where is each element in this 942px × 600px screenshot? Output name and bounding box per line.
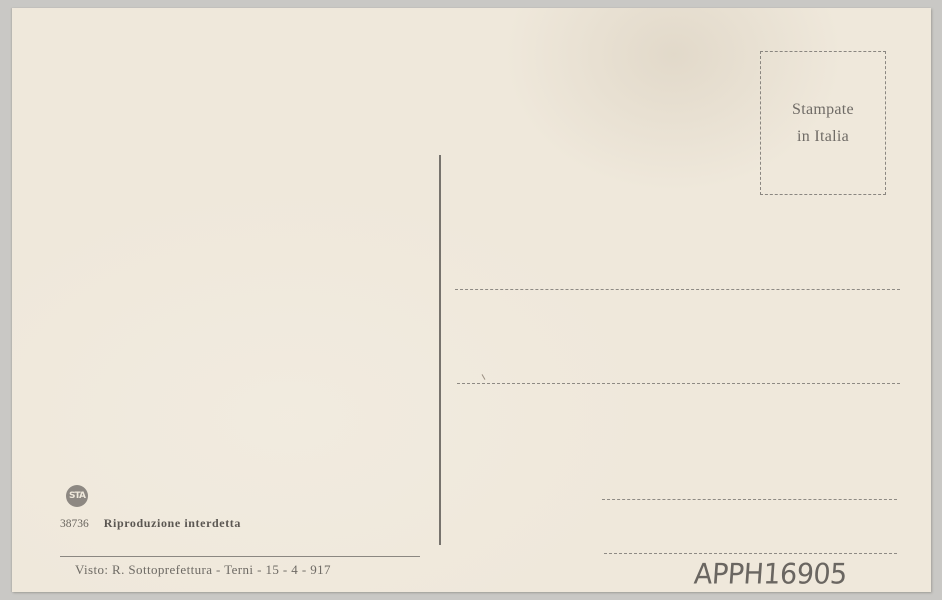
message-address-divider	[439, 155, 441, 545]
address-line-2	[457, 383, 900, 384]
publisher-monogram-icon: STA	[66, 485, 88, 507]
footer-rule	[60, 556, 420, 557]
catalog-number: 38736	[60, 518, 89, 530]
reproduction-notice: Riproduzione interdetta	[104, 516, 241, 530]
paper-mark	[482, 374, 486, 380]
stamp-box-line-2: in Italia	[797, 123, 849, 150]
censorship-note: Visto: R. Sottoprefettura - Terni - 15 -…	[75, 562, 331, 578]
handwritten-inventory-number: APPH16905	[693, 558, 848, 591]
address-line-3	[602, 499, 897, 500]
address-line-1	[455, 289, 900, 290]
address-line-4	[604, 553, 897, 554]
publisher-monogram-text: STA	[69, 491, 85, 501]
postcard-back: Stampate in Italia STA 38736 Riproduzion…	[12, 8, 931, 592]
stamp-box-line-1: Stampate	[792, 96, 854, 123]
catalog-line: 38736 Riproduzione interdetta	[60, 516, 241, 531]
stamp-placement-box: Stampate in Italia	[760, 51, 886, 195]
